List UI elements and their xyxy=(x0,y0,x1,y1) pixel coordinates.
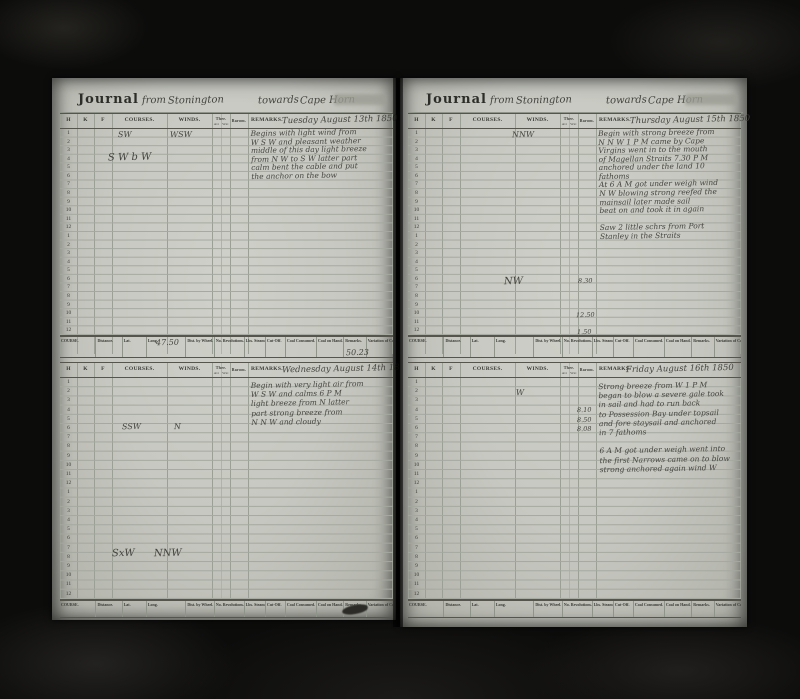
hour-number: 4 xyxy=(408,516,425,525)
hour-number: 1 xyxy=(408,488,425,497)
summary-label: Coal Consumed. xyxy=(286,337,317,357)
hour-number: 5 xyxy=(408,266,425,275)
hour-number: 3 xyxy=(408,396,425,405)
col-ther-water: Wat xyxy=(221,122,230,126)
hour-number: 2 xyxy=(408,498,425,507)
summary-label: Lbs. Steam. xyxy=(593,337,614,357)
hour-number: 9 xyxy=(60,198,77,207)
log-table-day2: H K F COURSES. WINDS. Ther. Air Wat Baro… xyxy=(60,362,393,598)
summary-label: Coal on Hand. xyxy=(665,337,692,357)
summary-label: Coal on Hand. xyxy=(665,601,692,617)
col-thermometer: Ther. xyxy=(560,116,578,121)
summary-label: Variation of Com. xyxy=(715,601,741,617)
hour-number: 2 xyxy=(60,387,77,396)
hour-number: 6 xyxy=(60,534,77,543)
remarks-line: light breeze from N latter xyxy=(251,397,364,408)
remarks-entry: Strong breeze from W 1 P Mbegan to blow … xyxy=(598,380,730,474)
hour-number: 11 xyxy=(408,318,425,327)
hour-number: 4 xyxy=(60,406,77,415)
summary-label: Lat. xyxy=(471,337,495,357)
summary-label: No. Revolutions. xyxy=(563,337,593,357)
hour-number: 10 xyxy=(60,309,77,318)
from-label: from xyxy=(142,95,166,106)
hour-number: 7 xyxy=(408,180,425,189)
remarks-entry: Begins with light wind fromW S W and ple… xyxy=(251,128,368,181)
col-hours: H xyxy=(60,366,77,372)
hour-number: 10 xyxy=(408,309,425,318)
col-ther-air: Air xyxy=(560,122,569,126)
col-ther-water: Wat xyxy=(221,371,230,375)
logbook-page-right: Journal from Stonington towards Cape Hor… xyxy=(400,78,747,627)
hour-number: 7 xyxy=(60,180,77,189)
ink-smudge xyxy=(685,94,737,105)
col-courses: COURSES. xyxy=(460,117,515,123)
col-winds: WINDS. xyxy=(515,366,560,372)
hour-number: 5 xyxy=(408,415,425,424)
hour-number: 6 xyxy=(60,172,77,181)
summary-figure: 50.23 xyxy=(346,348,369,357)
log-table-day1: H K F COURSES. WINDS. Ther. Air Wat Baro… xyxy=(60,113,393,354)
hour-number: 2 xyxy=(408,138,425,147)
time-entry: 1.50 xyxy=(577,328,592,336)
table-body: 123456789101112123456789101112 SW WSW S … xyxy=(60,129,393,336)
journal-label: Journal xyxy=(78,92,139,107)
col-ther-air: Air xyxy=(560,371,569,375)
hour-number: 8 xyxy=(60,553,77,562)
summary-label: COURSE. xyxy=(60,601,96,617)
hour-number: 11 xyxy=(60,318,77,327)
hour-number: 3 xyxy=(408,249,425,258)
hour-number: 7 xyxy=(408,433,425,442)
hour-number: 8 xyxy=(408,189,425,198)
summary-label: Distance. xyxy=(444,601,470,617)
summary-label: Cut-Off. xyxy=(266,337,286,357)
hour-number: 12 xyxy=(60,590,77,599)
hour-number: 9 xyxy=(60,562,77,571)
col-courses: COURSES. xyxy=(460,366,515,372)
hour-number: 9 xyxy=(408,301,425,310)
hour-number: 1 xyxy=(408,378,425,387)
summary-label: Coal on Hand. xyxy=(317,337,344,357)
hour-number: 11 xyxy=(408,470,425,479)
col-fathoms: F xyxy=(94,366,112,372)
hour-number: 11 xyxy=(408,580,425,589)
hour-number: 5 xyxy=(408,525,425,534)
page-header: Journal from Stonington towards Cape Hor… xyxy=(408,90,743,113)
hour-number: 3 xyxy=(408,146,425,155)
summary-label: Coal on Hand. xyxy=(317,601,344,617)
hour-number: 12 xyxy=(408,223,425,232)
hour-number: 7 xyxy=(408,283,425,292)
summary-label: Dist. by Wheel. xyxy=(534,337,563,357)
towards-label: towards xyxy=(606,95,647,107)
hour-number: 12 xyxy=(60,223,77,232)
col-thermometer: Ther. xyxy=(212,116,230,121)
hour-number: 10 xyxy=(60,206,77,215)
col-fathoms: F xyxy=(442,366,460,372)
col-ther-water: Wat xyxy=(569,371,578,375)
summary-label: Dist. by Wheel. xyxy=(186,601,215,617)
summary-label: Coal Consumed. xyxy=(634,601,665,617)
wind-entry: W xyxy=(516,388,524,397)
summary-label: Variation of Com. xyxy=(367,337,393,357)
col-winds: WINDS. xyxy=(167,117,212,123)
table-body: 123456789101112123456789101112 W 8.10 8.… xyxy=(408,378,741,600)
hour-number: 6 xyxy=(408,424,425,433)
course-entry: SW xyxy=(118,130,132,139)
hour-number: 8 xyxy=(60,292,77,301)
hour-number: 7 xyxy=(60,544,77,553)
hour-number: 3 xyxy=(60,249,77,258)
summary-label: COURSE. xyxy=(60,337,96,357)
remarks-line: strong anchored again wind W xyxy=(600,463,730,474)
hour-number: 8 xyxy=(408,442,425,451)
summary-label: COURSE. xyxy=(408,601,444,617)
journal-label: Journal xyxy=(426,92,487,107)
col-ther-air: Air xyxy=(212,371,221,375)
hour-number: 3 xyxy=(60,146,77,155)
remarks-line: Stanley in the Straits xyxy=(600,231,719,242)
hour-number: 4 xyxy=(60,155,77,164)
hour-number: 12 xyxy=(60,326,77,335)
hours-column: 123456789101112123456789101112 xyxy=(408,129,425,335)
summary-label: No. Revolutions. xyxy=(563,601,593,617)
page-header: Journal from Stonington towards Cape Hor… xyxy=(60,90,392,113)
hour-number: 6 xyxy=(60,424,77,433)
origin-port: Stonington xyxy=(168,94,224,106)
table-body: 123456789101112123456789101112 Begin wit… xyxy=(60,378,393,600)
summary-label: Variation of Com. xyxy=(715,337,741,357)
col-fathoms: F xyxy=(94,117,112,123)
remarks-line: the anchor on the bow xyxy=(251,171,367,182)
towards-label: towards xyxy=(258,95,299,107)
summary-label: Coal Consumed. xyxy=(634,337,665,357)
hour-number: 10 xyxy=(60,461,77,470)
col-courses: COURSES. xyxy=(112,366,167,372)
summary-row-day1: COURSE.Distance.Lat.Long.Dist. by Wheel.… xyxy=(60,336,393,358)
summary-label: Lat. xyxy=(471,601,495,617)
summary-label: Lbs. Steam. xyxy=(593,601,614,617)
col-barometer: Barom. xyxy=(578,367,596,372)
summary-label: Lbs. Steam. xyxy=(245,601,266,617)
hour-number: 1 xyxy=(408,129,425,138)
latitude-entry: 47.50 xyxy=(156,338,179,347)
hour-number: 10 xyxy=(408,206,425,215)
time-entry: 8.10 xyxy=(577,406,592,414)
col-barometer: Barom. xyxy=(578,118,596,123)
time-entry: 8.08 xyxy=(577,425,592,433)
log-date: Tuesday August 13th 1850 xyxy=(282,114,398,126)
hour-number: 7 xyxy=(60,283,77,292)
col-ther-water: Wat xyxy=(569,122,578,126)
hour-number: 2 xyxy=(60,138,77,147)
hour-number: 5 xyxy=(60,266,77,275)
hour-number: 6 xyxy=(408,534,425,543)
hour-number: 9 xyxy=(408,198,425,207)
col-ther-air: Air xyxy=(212,122,221,126)
hour-number: 10 xyxy=(408,461,425,470)
summary-label: Lbs. Steam. xyxy=(245,337,266,357)
hour-number: 12 xyxy=(408,326,425,335)
wind-entry: NNW xyxy=(154,548,182,560)
summary-label: Long. xyxy=(495,337,534,357)
hour-number: 11 xyxy=(408,215,425,224)
col-barometer: Barom. xyxy=(230,118,248,123)
table-header: H K F COURSES. WINDS. Ther. Air Wat Baro… xyxy=(408,362,741,378)
col-knots: K xyxy=(425,366,442,372)
time-entry: 8.30 xyxy=(578,277,593,285)
summary-label: Dist. by Wheel. xyxy=(186,337,215,357)
course-entry: S W b W xyxy=(108,152,152,164)
from-label: from xyxy=(490,95,514,106)
hour-number: 1 xyxy=(408,232,425,241)
col-courses: COURSES. xyxy=(112,117,167,123)
hours-column: 123456789101112123456789101112 xyxy=(60,129,77,335)
log-date: Thursday August 15th 1850 xyxy=(630,114,750,127)
hour-number: 9 xyxy=(408,452,425,461)
summary-label: Remarks. xyxy=(692,337,714,357)
hour-number: 5 xyxy=(60,163,77,172)
summary-label: Dist. by Wheel. xyxy=(534,601,563,617)
ink-smudge xyxy=(334,94,386,105)
hour-number: 9 xyxy=(60,452,77,461)
time-entry: 8.50 xyxy=(577,416,592,424)
wind-entry: NW xyxy=(504,276,523,287)
hour-number: 12 xyxy=(408,590,425,599)
book-gutter xyxy=(393,78,403,627)
col-fathoms: F xyxy=(442,117,460,123)
summary-label: Distance. xyxy=(444,337,470,357)
hour-number: 11 xyxy=(60,470,77,479)
scanned-logbook-photo: { "form": { "journal_label": "Journal", … xyxy=(0,0,800,699)
col-hours: H xyxy=(408,366,425,372)
hour-number: 9 xyxy=(408,562,425,571)
hour-number: 10 xyxy=(60,571,77,580)
hour-number: 11 xyxy=(60,580,77,589)
col-winds: WINDS. xyxy=(515,117,560,123)
time-entry: 12.50 xyxy=(576,311,595,319)
hour-number: 2 xyxy=(60,498,77,507)
summary-label: Cut-Off. xyxy=(266,601,286,617)
hours-column: 123456789101112123456789101112 xyxy=(408,378,425,599)
summary-label: Lat. xyxy=(123,601,147,617)
hour-number: 3 xyxy=(60,396,77,405)
course-entry: SxW xyxy=(112,548,135,559)
hour-number: 1 xyxy=(60,232,77,241)
hour-number: 11 xyxy=(60,215,77,224)
hour-number: 2 xyxy=(60,241,77,250)
summary-label: Variation of Com. xyxy=(367,601,393,617)
col-hours: H xyxy=(408,117,425,123)
hour-number: 5 xyxy=(60,525,77,534)
remarks-line: N N W and cloudy xyxy=(251,416,364,427)
hour-number: 8 xyxy=(408,292,425,301)
summary-label: No. Revolutions. xyxy=(215,601,245,617)
hour-number: 1 xyxy=(60,378,77,387)
hour-number: 6 xyxy=(408,172,425,181)
log-date: Wednesday August 14th 1850 xyxy=(282,363,411,376)
hour-number: 12 xyxy=(60,479,77,488)
hour-number: 2 xyxy=(408,241,425,250)
summary-label: Remarks. xyxy=(692,601,714,617)
course-entry: SSW xyxy=(122,422,141,431)
col-knots: K xyxy=(77,117,94,123)
hour-number: 8 xyxy=(408,553,425,562)
hour-number: 9 xyxy=(60,301,77,310)
hour-number: 1 xyxy=(60,488,77,497)
hour-number: 7 xyxy=(408,544,425,553)
summary-label: Distance. xyxy=(96,337,122,357)
summary-label: No. Revolutions. xyxy=(215,337,245,357)
col-barometer: Barom. xyxy=(230,367,248,372)
col-winds: WINDS. xyxy=(167,366,212,372)
log-table-day1: H K F COURSES. WINDS. Ther. Air Wat Baro… xyxy=(408,113,741,354)
summary-row-day2: COURSE.Distance.Lat.Long.Dist. by Wheel.… xyxy=(408,600,741,618)
log-date: Friday August 16th 1850 xyxy=(626,363,734,375)
remarks-entry: Begin with very light air fromW S W and … xyxy=(251,379,365,427)
remarks-entry: Begin with strong breeze fromN N W 1 P M… xyxy=(598,128,719,242)
hour-number: 5 xyxy=(60,415,77,424)
hour-number: 7 xyxy=(60,433,77,442)
hour-number: 2 xyxy=(408,387,425,396)
col-knots: K xyxy=(425,117,442,123)
hour-number: 4 xyxy=(408,258,425,267)
summary-label: Coal Consumed. xyxy=(286,601,317,617)
col-knots: K xyxy=(77,366,94,372)
hour-number: 6 xyxy=(408,275,425,284)
col-thermometer: Ther. xyxy=(212,365,230,370)
col-thermometer: Ther. xyxy=(560,365,578,370)
wind-entry: WSW xyxy=(170,130,192,139)
summary-label: Cut-Off. xyxy=(614,337,634,357)
hour-number: 6 xyxy=(60,275,77,284)
summary-row-day1: COURSE.Distance.Lat.Long.Dist. by Wheel.… xyxy=(408,336,741,358)
wind-entry: NNW xyxy=(512,130,534,139)
summary-label: Lat. xyxy=(123,337,147,357)
log-table-day2: H K F COURSES. WINDS. Ther. Air Wat Baro… xyxy=(408,362,741,598)
hour-number: 5 xyxy=(408,163,425,172)
hour-number: 3 xyxy=(60,507,77,516)
hour-number: 4 xyxy=(408,155,425,164)
summary-label: Cut-Off. xyxy=(614,601,634,617)
col-hours: H xyxy=(60,117,77,123)
hour-number: 4 xyxy=(60,258,77,267)
table-header: H K F COURSES. WINDS. Ther. Air Wat Baro… xyxy=(60,362,393,378)
hour-number: 3 xyxy=(408,507,425,516)
origin-port: Stonington xyxy=(516,94,572,106)
hour-number: 4 xyxy=(408,406,425,415)
hour-number: 4 xyxy=(60,516,77,525)
hour-number: 1 xyxy=(60,129,77,138)
summary-label: Long. xyxy=(495,601,534,617)
hour-number: 8 xyxy=(60,189,77,198)
summary-label: Distance. xyxy=(96,601,122,617)
hour-number: 8 xyxy=(60,442,77,451)
logbook-page-left: Journal from Stonington towards Cape Hor… xyxy=(52,78,396,620)
hour-number: 12 xyxy=(408,479,425,488)
wind-entry: N xyxy=(174,422,181,431)
summary-label: Long. xyxy=(147,601,186,617)
hours-column: 123456789101112123456789101112 xyxy=(60,378,77,599)
summary-label: COURSE. xyxy=(408,337,444,357)
table-body: 123456789101112123456789101112 NNW NW 8.… xyxy=(408,129,741,336)
hour-number: 10 xyxy=(408,571,425,580)
